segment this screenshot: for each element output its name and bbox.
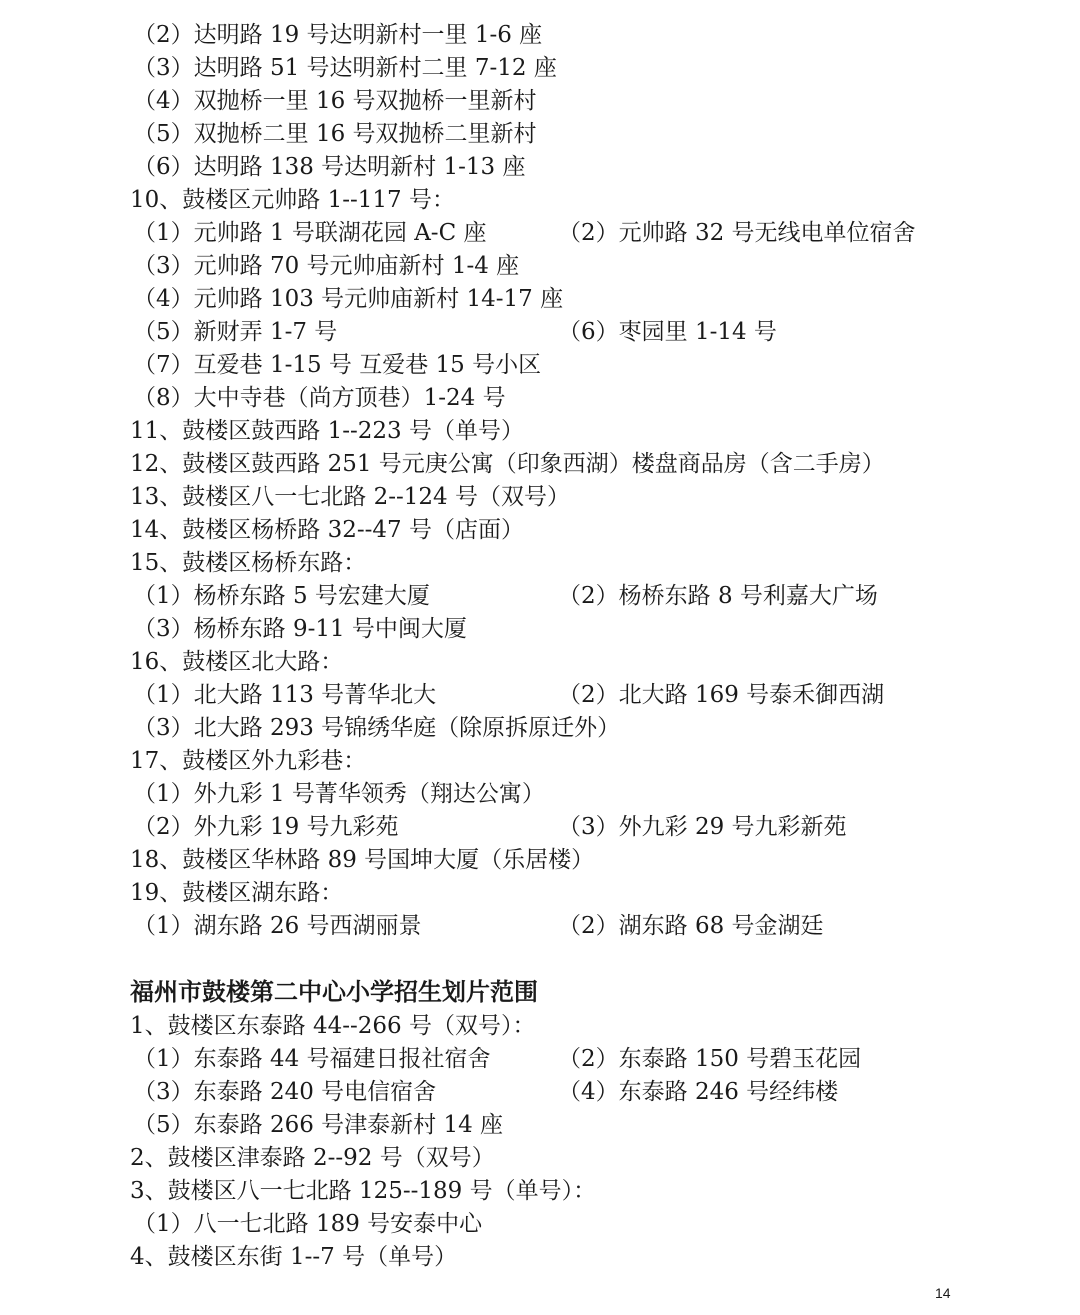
list-sub-item: （4）双抛桥一里 16 号双抛桥一里新村 xyxy=(133,85,537,118)
list-sub-item: （3）北大路 293 号锦绣华庭（除原拆原迁外） xyxy=(133,712,620,745)
item-text-column-2: （2）湖东路 68 号金湖廷 xyxy=(558,910,824,943)
item-text: 16、鼓楼区北大路： xyxy=(130,649,343,675)
list-sub-item: （5）双抛桥二里 16 号双抛桥二里新村 xyxy=(133,118,537,151)
list-sub-item: （1）湖东路 26 号西湖丽景（2）湖东路 68 号金湖廷 xyxy=(133,910,422,943)
item-text: 14、鼓楼区杨桥路 32--47 号（店面） xyxy=(130,517,524,543)
list-sub-item: （6）达明路 138 号达明新村 1-13 座 xyxy=(133,151,525,184)
list-item: 2、鼓楼区津泰路 2--92 号（双号） xyxy=(130,1142,495,1175)
list-sub-item: （4）元帅路 103 号元帅庙新村 14-17 座 xyxy=(133,283,563,316)
item-text: （4）双抛桥一里 16 号双抛桥一里新村 xyxy=(133,88,537,114)
item-text: （6）达明路 138 号达明新村 1-13 座 xyxy=(133,154,525,180)
list-item: 17、鼓楼区外九彩巷： xyxy=(130,745,366,778)
item-text: （1）杨桥东路 5 号宏建大厦 xyxy=(133,583,430,609)
item-text: （4）元帅路 103 号元帅庙新村 14-17 座 xyxy=(133,286,563,312)
list-sub-item: （8）大中寺巷（尚方顶巷）1-24 号 xyxy=(133,382,506,415)
list-item: 15、鼓楼区杨桥东路： xyxy=(130,547,366,580)
item-text: 15、鼓楼区杨桥东路： xyxy=(130,550,366,576)
item-text: （1）八一七北路 189 号安泰中心 xyxy=(133,1211,482,1237)
list-sub-item: （3）元帅路 70 号元帅庙新村 1-4 座 xyxy=(133,250,519,283)
item-text: （3）杨桥东路 9-11 号中闽大厦 xyxy=(133,616,467,642)
item-text: （1）北大路 113 号菁华北大 xyxy=(133,682,436,708)
list-sub-item: （2）外九彩 19 号九彩苑（3）外九彩 29 号九彩新苑 xyxy=(133,811,399,844)
item-text-column-2: （2）元帅路 32 号无线电单位宿舍 xyxy=(558,217,916,250)
item-text: 3、鼓楼区八一七北路 125--189 号（单号）： xyxy=(130,1178,596,1204)
item-text: 10、鼓楼区元帅路 1--117 号： xyxy=(130,187,455,213)
list-item: 4、鼓楼区东街 1--7 号（单号） xyxy=(130,1241,457,1274)
list-sub-item: （1）北大路 113 号菁华北大（2）北大路 169 号泰禾御西湖 xyxy=(133,679,436,712)
item-text: （8）大中寺巷（尚方顶巷）1-24 号 xyxy=(133,385,506,411)
item-text: （5）双抛桥二里 16 号双抛桥二里新村 xyxy=(133,121,537,147)
list-sub-item: （1）外九彩 1 号菁华领秀（翔达公寓） xyxy=(133,778,545,811)
item-text: 4、鼓楼区东街 1--7 号（单号） xyxy=(130,1244,457,1270)
item-text: （1）东泰路 44 号福建日报社宿舍 xyxy=(133,1046,491,1072)
list-item: 1、鼓楼区东泰路 44--266 号（双号）： xyxy=(130,1010,535,1043)
item-text: （7）互爱巷 1-15 号 互爱巷 15 号小区 xyxy=(133,352,541,378)
item-text: （3）达明路 51 号达明新村二里 7-12 座 xyxy=(133,55,557,81)
document-page: （2）达明路 19 号达明新村一里 1-6 座（3）达明路 51 号达明新村二里… xyxy=(0,0,1080,1315)
list-sub-item: （1）元帅路 1 号联湖花园 A-C 座（2）元帅路 32 号无线电单位宿舍 xyxy=(133,217,487,250)
item-text-column-2: （4）东泰路 246 号经纬楼 xyxy=(558,1076,838,1109)
list-item: 18、鼓楼区华林路 89 号国坤大厦（乐居楼） xyxy=(130,844,594,877)
item-text: （1）元帅路 1 号联湖花园 A-C 座 xyxy=(133,220,487,246)
item-text: （2）达明路 19 号达明新村一里 1-6 座 xyxy=(133,22,542,48)
item-text: （2）外九彩 19 号九彩苑 xyxy=(133,814,399,840)
list-item: 12、鼓楼区鼓西路 251 号元庚公寓（印象西湖）楼盘商品房（含二手房） xyxy=(130,448,885,481)
list-item: 19、鼓楼区湖东路： xyxy=(130,877,343,910)
item-text-column-2: （6）枣园里 1-14 号 xyxy=(558,316,777,349)
list-item: 13、鼓楼区八一七北路 2--124 号（双号） xyxy=(130,481,570,514)
list-sub-item: （7）互爱巷 1-15 号 互爱巷 15 号小区 xyxy=(133,349,541,382)
item-text: 11、鼓楼区鼓西路 1--223 号（单号） xyxy=(130,418,524,444)
item-text-column-2: （3）外九彩 29 号九彩新苑 xyxy=(558,811,847,844)
item-text: 2、鼓楼区津泰路 2--92 号（双号） xyxy=(130,1145,495,1171)
item-text: （1）湖东路 26 号西湖丽景 xyxy=(133,913,422,939)
list-sub-item: （1）东泰路 44 号福建日报社宿舍（2）东泰路 150 号碧玉花园 xyxy=(133,1043,491,1076)
list-item: 16、鼓楼区北大路： xyxy=(130,646,343,679)
item-text-column-2: （2）北大路 169 号泰禾御西湖 xyxy=(558,679,884,712)
list-item: 11、鼓楼区鼓西路 1--223 号（单号） xyxy=(130,415,524,448)
list-item: 10、鼓楼区元帅路 1--117 号： xyxy=(130,184,455,217)
list-sub-item: （3）杨桥东路 9-11 号中闽大厦 xyxy=(133,613,467,646)
list-item: 14、鼓楼区杨桥路 32--47 号（店面） xyxy=(130,514,524,547)
list-sub-item: （3）东泰路 240 号电信宿舍（4）东泰路 246 号经纬楼 xyxy=(133,1076,436,1109)
list-sub-item: （5）新财弄 1-7 号（6）枣园里 1-14 号 xyxy=(133,316,337,349)
item-text: （3）东泰路 240 号电信宿舍 xyxy=(133,1079,436,1105)
item-text: 19、鼓楼区湖东路： xyxy=(130,880,343,906)
list-sub-item: （1）八一七北路 189 号安泰中心 xyxy=(133,1208,482,1241)
item-text: 13、鼓楼区八一七北路 2--124 号（双号） xyxy=(130,484,570,510)
item-text-column-2: （2）杨桥东路 8 号利嘉大广场 xyxy=(558,580,878,613)
section-title: 福州市鼓楼第二中心小学招生划片范围 xyxy=(130,975,538,1009)
item-text-column-2: （2）东泰路 150 号碧玉花园 xyxy=(558,1043,861,1076)
item-text: （3）北大路 293 号锦绣华庭（除原拆原迁外） xyxy=(133,715,620,741)
item-text: 17、鼓楼区外九彩巷： xyxy=(130,748,366,774)
item-text: 12、鼓楼区鼓西路 251 号元庚公寓（印象西湖）楼盘商品房（含二手房） xyxy=(130,451,885,477)
list-sub-item: （3）达明路 51 号达明新村二里 7-12 座 xyxy=(133,52,557,85)
list-sub-item: （1）杨桥东路 5 号宏建大厦（2）杨桥东路 8 号利嘉大广场 xyxy=(133,580,430,613)
item-text: 1、鼓楼区东泰路 44--266 号（双号）： xyxy=(130,1013,535,1039)
item-text: （5）新财弄 1-7 号 xyxy=(133,319,337,345)
item-text: （1）外九彩 1 号菁华领秀（翔达公寓） xyxy=(133,781,545,807)
list-sub-item: （2）达明路 19 号达明新村一里 1-6 座 xyxy=(133,19,542,52)
item-text: 18、鼓楼区华林路 89 号国坤大厦（乐居楼） xyxy=(130,847,594,873)
item-text: （3）元帅路 70 号元帅庙新村 1-4 座 xyxy=(133,253,519,279)
item-text: （5）东泰路 266 号津泰新村 14 座 xyxy=(133,1112,503,1138)
list-sub-item: （5）东泰路 266 号津泰新村 14 座 xyxy=(133,1109,503,1142)
page-number: 14 xyxy=(935,1285,951,1301)
list-item: 3、鼓楼区八一七北路 125--189 号（单号）： xyxy=(130,1175,596,1208)
